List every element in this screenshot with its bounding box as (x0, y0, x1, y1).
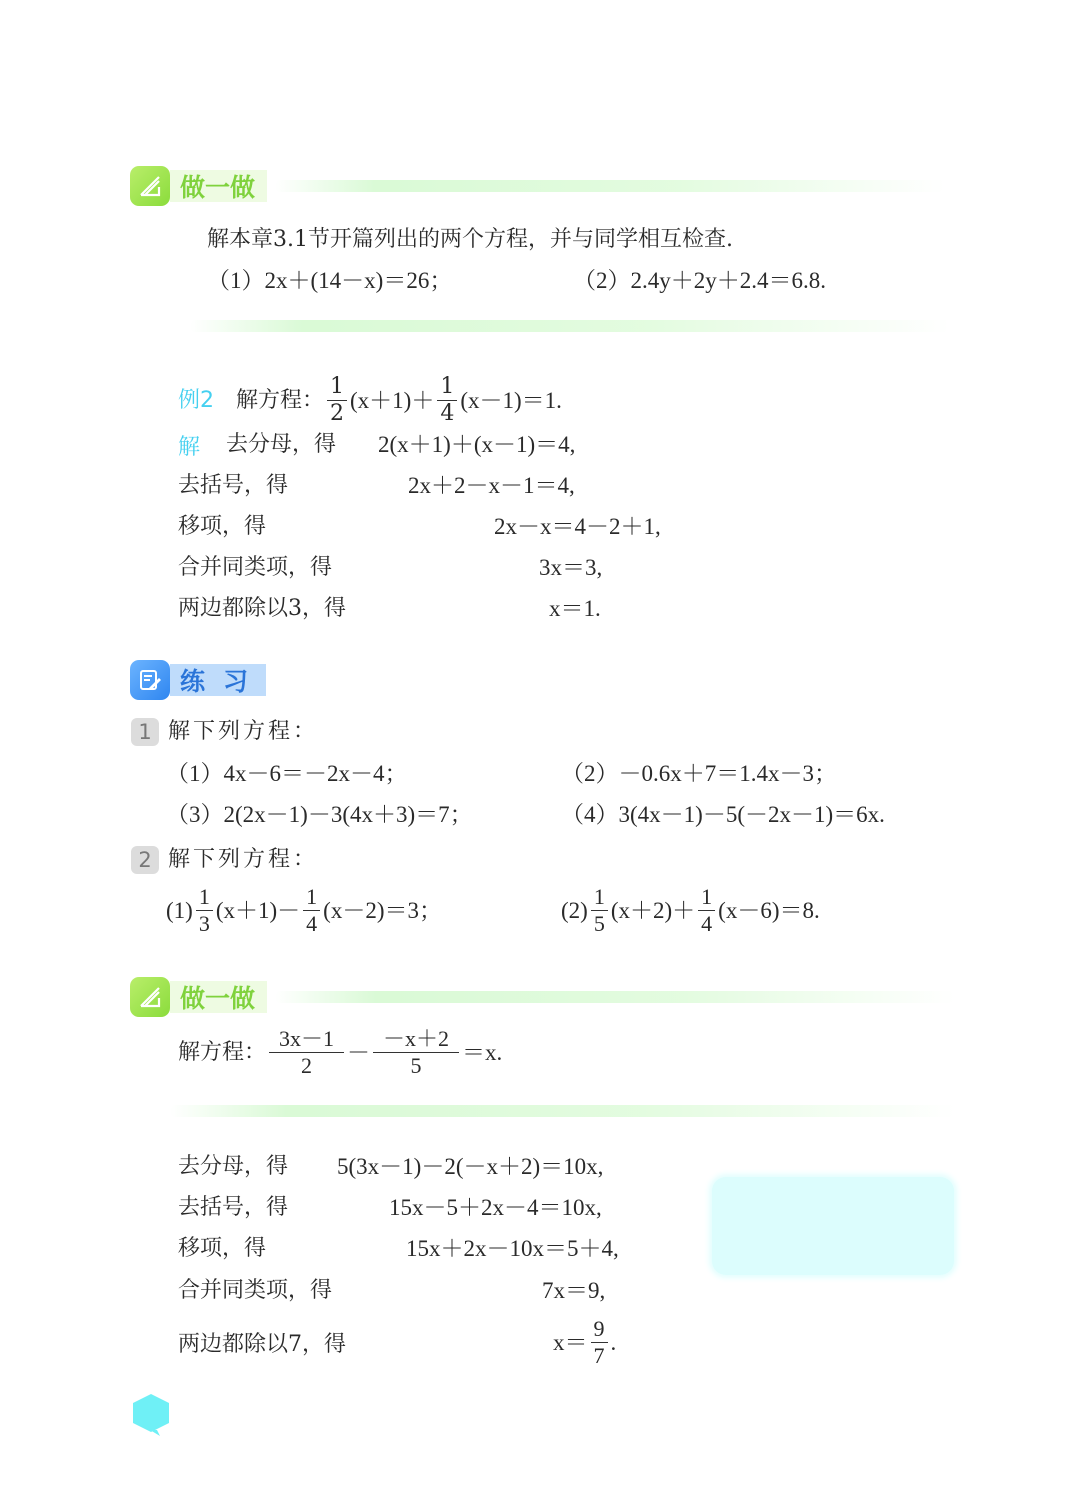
section-header-try2: 做一做 (130, 977, 267, 1017)
equation-part: (x＋1)－ (216, 896, 300, 926)
equation-part: － (347, 1038, 370, 1068)
equation-part: x＝ (553, 1328, 588, 1358)
step-label: 移项，得 (178, 1234, 266, 1264)
item-equation: 4x－6＝－2x－4； (224, 761, 408, 786)
fraction: 3x－12 (269, 1026, 344, 1079)
divider (275, 180, 945, 192)
practice-q1-item-3: （3）2(2x－1)－3(4x＋3)＝7； (166, 800, 473, 830)
practice-q1-item-1: （1）4x－6＝－2x－4； (166, 759, 408, 789)
item-equation: 2.4y＋2y＋2.4＝6.8. (631, 268, 827, 293)
fraction: 14 (303, 884, 320, 937)
fraction: 12 (327, 374, 347, 427)
item-equation: 2(2x－1)－3(4x＋3)＝7； (224, 802, 473, 827)
step-label: 两边都除以7，得 (178, 1330, 346, 1360)
hexagon-bubble-icon (130, 1392, 172, 1436)
equation-part: (x－6)＝8. (718, 896, 820, 926)
item-label: (2) (561, 896, 588, 926)
try1-item-1: （1）2x＋(14－x)＝26； (207, 266, 452, 296)
step-result: x＝ 97 . (553, 1316, 616, 1369)
step-result: 15x＋2x－10x＝5＋4, (406, 1234, 619, 1264)
fraction: 13 (196, 884, 213, 937)
side-note-box (712, 1177, 954, 1275)
question-number-badge: 2 (131, 846, 159, 874)
question-prompt: 解下列方程： (168, 845, 318, 875)
try1-item-2: （2）2.4y＋2y＋2.4＝6.8. (573, 266, 826, 296)
section-header-try1: 做一做 (130, 166, 267, 206)
fraction: －x＋25 (373, 1026, 459, 1079)
question-number-badge: 1 (131, 718, 159, 746)
section-header-practice: 练习 (130, 660, 266, 700)
fraction: 14 (698, 884, 715, 937)
try2-prompt: 解方程： (178, 1038, 266, 1068)
item-label: (1) (166, 896, 193, 926)
item-label: （1） (166, 761, 224, 786)
step-result: 2(x＋1)＋(x－1)＝4, (378, 430, 575, 460)
fraction: 97 (591, 1316, 608, 1369)
step-label: 去括号，得 (178, 1193, 288, 1223)
section-title: 做一做 (170, 981, 267, 1013)
pencil-ruler-icon (130, 977, 170, 1017)
step-label: 去分母，得 (226, 430, 336, 460)
equation-part: . (611, 1328, 617, 1358)
example-tag: 例2 (178, 386, 214, 416)
try2-equation: 解方程： 3x－12 － －x＋25 ＝x. (178, 1026, 502, 1079)
step-label: 合并同类项，得 (178, 1276, 332, 1306)
step-label: 去括号，得 (178, 471, 288, 501)
equation-part: (x－2)＝3； (323, 896, 442, 926)
step-result: 7x＝9, (542, 1276, 605, 1306)
step-label: 移项，得 (178, 512, 266, 542)
step-result: x＝1. (549, 594, 601, 624)
divider (275, 991, 955, 1003)
equation-part: (x＋2)＋ (611, 896, 695, 926)
question-prompt: 解下列方程： (168, 717, 318, 747)
divider (170, 1105, 955, 1117)
divider (190, 320, 950, 332)
step-result: 2x＋2－x－1＝4, (408, 471, 575, 501)
practice-q1-item-2: （2）－0.6x＋7＝1.4x－3； (561, 759, 837, 789)
step-result: 15x－5＋2x－4＝10x, (389, 1193, 602, 1223)
step-label: 合并同类项，得 (178, 553, 332, 583)
fraction: 15 (591, 884, 608, 937)
practice-q1-item-4: （4）3(4x－1)－5(－2x－1)＝6x. (561, 800, 885, 830)
item-label: （3） (166, 802, 224, 827)
equation-part: (x＋1)＋ (350, 386, 434, 416)
practice-q2-item-2: (2) 15 (x＋2)＋ 14 (x－6)＝8. (561, 884, 820, 937)
section-title: 做一做 (170, 170, 267, 202)
example-prompt: 解方程： (236, 386, 324, 416)
section-title: 练习 (170, 664, 266, 696)
step-label: 两边都除以3，得 (178, 594, 346, 624)
example-2: 例2 解方程： 12 (x＋1)＋ 14 (x－1)＝1. (178, 374, 562, 427)
fraction: 14 (437, 374, 457, 427)
equation-part: (x－1)＝1. (460, 386, 562, 416)
practice-q2-item-1: (1) 13 (x＋1)－ 14 (x－2)＝3； (166, 884, 442, 937)
try1-instruction: 解本章3.1节开篇列出的两个方程，并与同学相互检查. (207, 225, 733, 255)
equation-part: ＝x. (462, 1038, 502, 1068)
item-label: （4） (561, 802, 619, 827)
item-label: （2） (561, 761, 619, 786)
item-equation: －0.6x＋7＝1.4x－3； (619, 761, 838, 786)
item-equation: 2x＋(14－x)＝26； (265, 268, 453, 293)
item-equation: 3(4x－1)－5(－2x－1)＝6x. (619, 802, 885, 827)
step-result: 5(3x－1)－2(－x＋2)＝10x, (337, 1152, 603, 1182)
notepad-edit-icon (130, 660, 170, 700)
step-result: 3x＝3, (539, 553, 602, 583)
item-label: （1） (207, 268, 265, 293)
step-result: 2x－x＝4－2＋1, (494, 512, 661, 542)
item-label: （2） (573, 268, 631, 293)
solution-tag: 解 (178, 430, 200, 461)
pencil-ruler-icon (130, 166, 170, 206)
step-label: 去分母，得 (178, 1152, 288, 1182)
